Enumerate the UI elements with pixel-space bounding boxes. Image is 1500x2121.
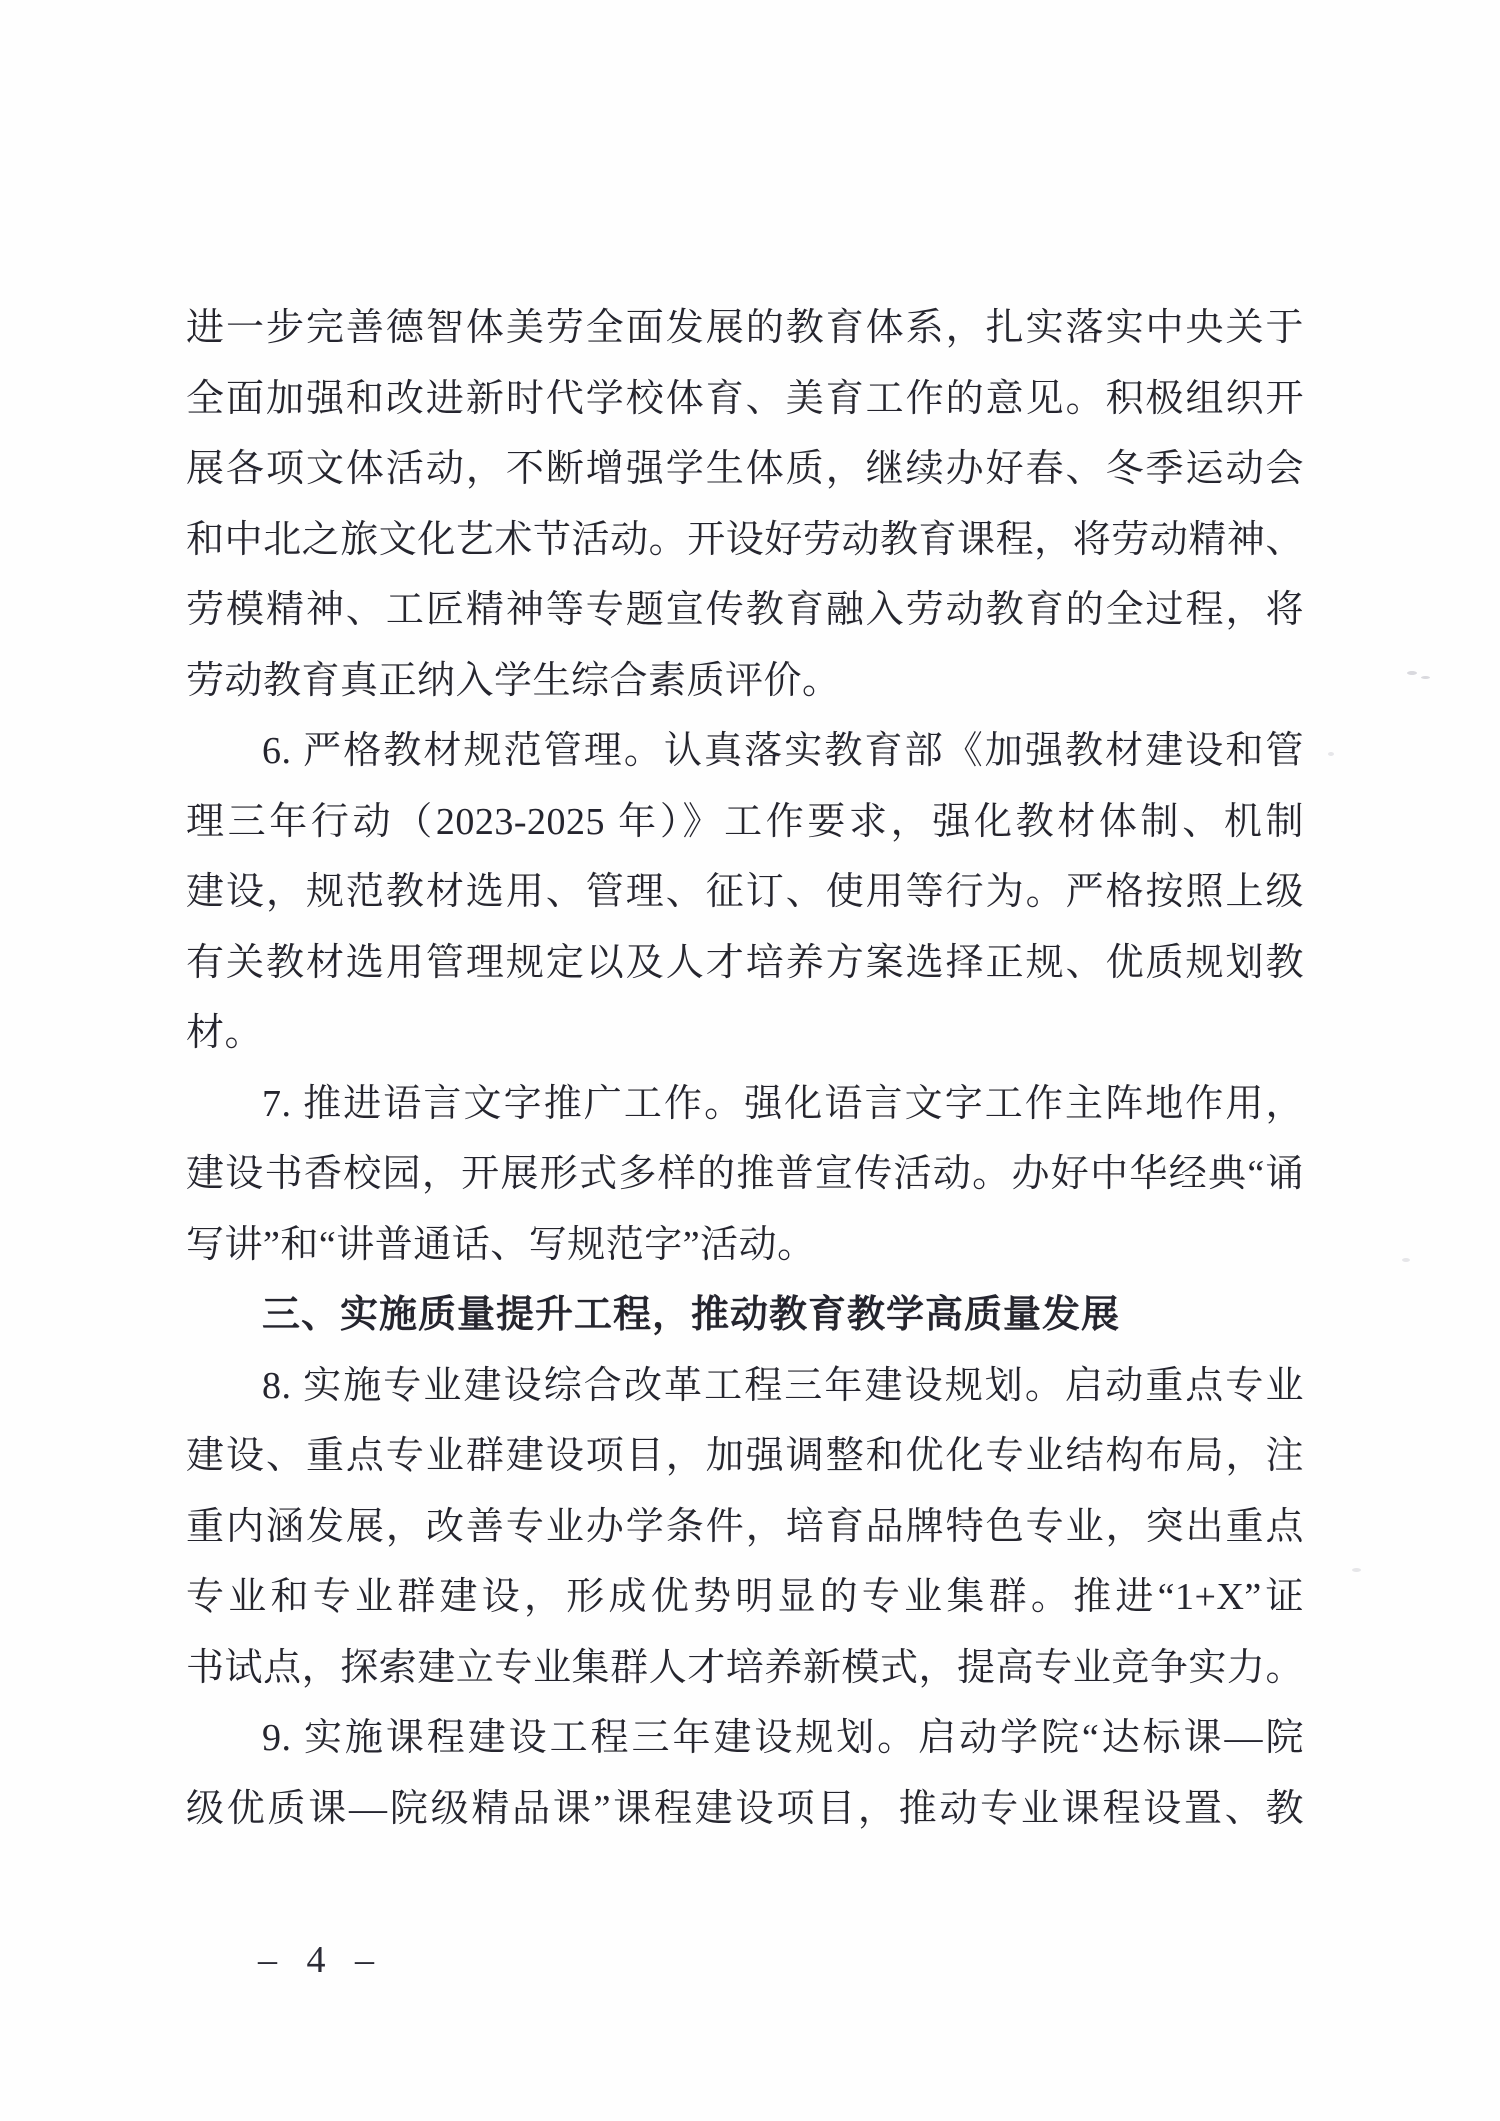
text-line: 劳动教育真正纳入学生综合素质评价。 bbox=[186, 646, 1304, 717]
text-line: 写讲”和“讲普通话、写规范字”活动。 bbox=[186, 1210, 1304, 1281]
scan-speck bbox=[1328, 752, 1334, 756]
scan-speck bbox=[1421, 676, 1430, 679]
text-line-item-7: 7. 推进语言文字推广工作。强化语言文字工作主阵地作用， bbox=[186, 1069, 1304, 1140]
text-line: 重内涵发展，改善专业办学条件，培育品牌特色专业，突出重点 bbox=[186, 1492, 1304, 1563]
text-line: 建设，规范教材选用、管理、征订、使用等行为。严格按照上级 bbox=[186, 857, 1304, 928]
text-line: 有关教材选用管理规定以及人才培养方案选择正规、优质规划教 bbox=[186, 928, 1304, 999]
document-page: 进一步完善德智体美劳全面发展的教育体系，扎实落实中央关于 全面加强和改进新时代学… bbox=[0, 0, 1500, 2121]
text-line: 和中北之旅文化艺术节活动。开设好劳动教育课程，将劳动精神、 bbox=[186, 505, 1304, 576]
text-line: 理三年行动（2023-2025 年）》工作要求，强化教材体制、机制 bbox=[186, 787, 1304, 858]
page-number: – 4 – bbox=[258, 1938, 384, 1982]
text-line: 级优质课—院级精品课”课程建设项目，推动专业课程设置、教 bbox=[186, 1774, 1304, 1845]
text-line: 全面加强和改进新时代学校体育、美育工作的意见。积极组织开 bbox=[186, 364, 1304, 435]
text-line-item-8: 8. 实施专业建设综合改革工程三年建设规划。启动重点专业 bbox=[186, 1351, 1304, 1422]
text-line: 进一步完善德智体美劳全面发展的教育体系，扎实落实中央关于 bbox=[186, 293, 1304, 364]
scan-speck bbox=[1402, 1258, 1410, 1262]
text-line: 建设书香校园，开展形式多样的推普宣传活动。办好中华经典“诵 bbox=[186, 1139, 1304, 1210]
text-line: 建设、重点专业群建设项目，加强调整和优化专业结构布局，注 bbox=[186, 1421, 1304, 1492]
section-heading: 三、实施质量提升工程，推动教育教学高质量发展 bbox=[186, 1280, 1304, 1351]
scan-speck bbox=[1352, 1568, 1361, 1572]
text-line: 专业和专业群建设，形成优势明显的专业集群。推进“1+X”证 bbox=[186, 1562, 1304, 1633]
text-line-item-9: 9. 实施课程建设工程三年建设规划。启动学院“达标课—院 bbox=[186, 1703, 1304, 1774]
scan-speck bbox=[1407, 671, 1417, 675]
text-line: 劳模精神、工匠精神等专题宣传教育融入劳动教育的全过程，将 bbox=[186, 575, 1304, 646]
text-block: 进一步完善德智体美劳全面发展的教育体系，扎实落实中央关于 全面加强和改进新时代学… bbox=[186, 293, 1304, 1844]
text-line: 材。 bbox=[186, 998, 1304, 1069]
text-line: 展各项文体活动，不断增强学生体质，继续办好春、冬季运动会 bbox=[186, 434, 1304, 505]
text-line: 书试点，探索建立专业集群人才培养新模式，提高专业竞争实力。 bbox=[186, 1633, 1304, 1704]
text-line-item-6: 6. 严格教材规范管理。认真落实教育部《加强教材建设和管 bbox=[186, 716, 1304, 787]
